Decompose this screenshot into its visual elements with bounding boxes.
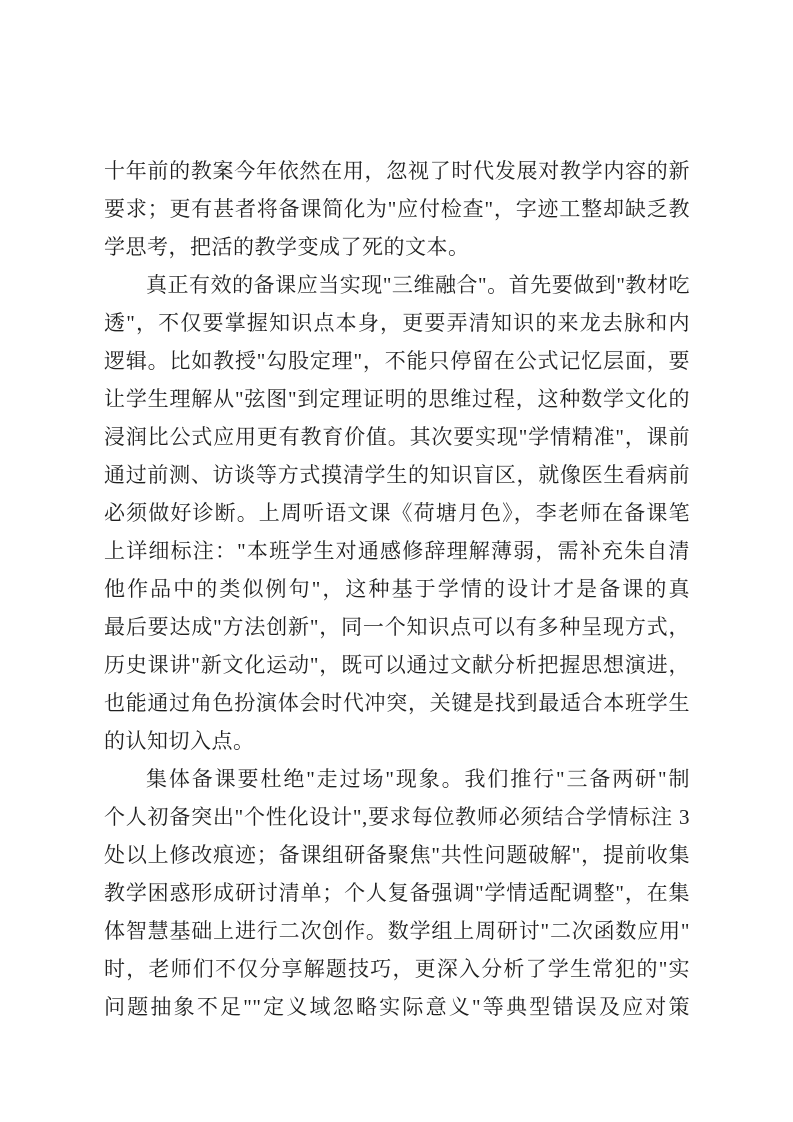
text-line: 透"，不仅要掌握知识点本身，更要弄清知识的来龙去脉和内在	[104, 304, 690, 342]
text-line: 问题抽象不足""定义域忽略实际意义"等典型错误及应对策略，	[104, 988, 690, 1026]
text-line: 历史课讲"新文化运动"，既可以通过文献分析把握思想演进，	[104, 646, 690, 684]
text-line: 通过前测、访谈等方式摸清学生的知识盲区，就像医生看病前	[104, 456, 690, 494]
text-block: 十年前的教案今年依然在用，忽视了时代发展对教学内容的新 要求；更有甚者将备课简化…	[104, 152, 690, 1026]
text-line: 集体备课要杜绝"走过场"现象。我们推行"三备两研"制度：	[104, 760, 690, 798]
text-line: 要求；更有甚者将备课简化为"应付检查"，字迹工整却缺乏教	[104, 190, 690, 228]
text-line: 浸润比公式应用更有教育价值。其次要实现"学情精准"，课前	[104, 418, 690, 456]
text-line: 必须做好诊断。上周听语文课《荷塘月色》，李老师在备课笔记	[104, 494, 690, 532]
text-line: 也能通过角色扮演体会时代冲突，关键是找到最适合本班学生	[104, 684, 690, 722]
text-line: 处以上修改痕迹；备课组研备聚焦"共性问题破解"，提前收集	[104, 836, 690, 874]
paragraph: 集体备课要杜绝"走过场"现象。我们推行"三备两研"制度： 个人初备突出"个性化设…	[104, 760, 690, 1026]
text-line: 上详细标注："本班学生对通感修辞理解薄弱，需补充朱自清其	[104, 532, 690, 570]
text-line: 十年前的教案今年依然在用，忽视了时代发展对教学内容的新	[104, 152, 690, 190]
paragraph: 十年前的教案今年依然在用，忽视了时代发展对教学内容的新 要求；更有甚者将备课简化…	[104, 152, 690, 266]
text-line: 个人初备突出"个性化设计",要求每位教师必须结合学情标注 3	[104, 798, 690, 836]
text-line: 真正有效的备课应当实现"三维融合"。首先要做到"教材吃	[104, 266, 690, 304]
document-page: 十年前的教案今年依然在用，忽视了时代发展对教学内容的新 要求；更有甚者将备课简化…	[0, 0, 793, 1122]
text-line: 时，老师们不仅分享解题技巧，更深入分析了学生常犯的"实际	[104, 950, 690, 988]
text-line: 的认知切入点。	[104, 722, 690, 760]
text-line: 他作品中的类似例句"，这种基于学情的设计才是备课的真谛。	[104, 570, 690, 608]
paragraph: 真正有效的备课应当实现"三维融合"。首先要做到"教材吃 透"，不仅要掌握知识点本…	[104, 266, 690, 760]
text-line: 学思考，把活的教学变成了死的文本。	[104, 228, 690, 266]
text-line: 让学生理解从"弦图"到定理证明的思维过程，这种数学文化的	[104, 380, 690, 418]
text-line: 教学困惑形成研讨清单；个人复备强调"学情适配调整"，在集	[104, 874, 690, 912]
text-line: 逻辑。比如教授"勾股定理"，不能只停留在公式记忆层面，要	[104, 342, 690, 380]
text-line: 体智慧基础上进行二次创作。数学组上周研讨"二次函数应用"	[104, 912, 690, 950]
text-line: 最后要达成"方法创新"，同一个知识点可以有多种呈现方式，	[104, 608, 690, 646]
